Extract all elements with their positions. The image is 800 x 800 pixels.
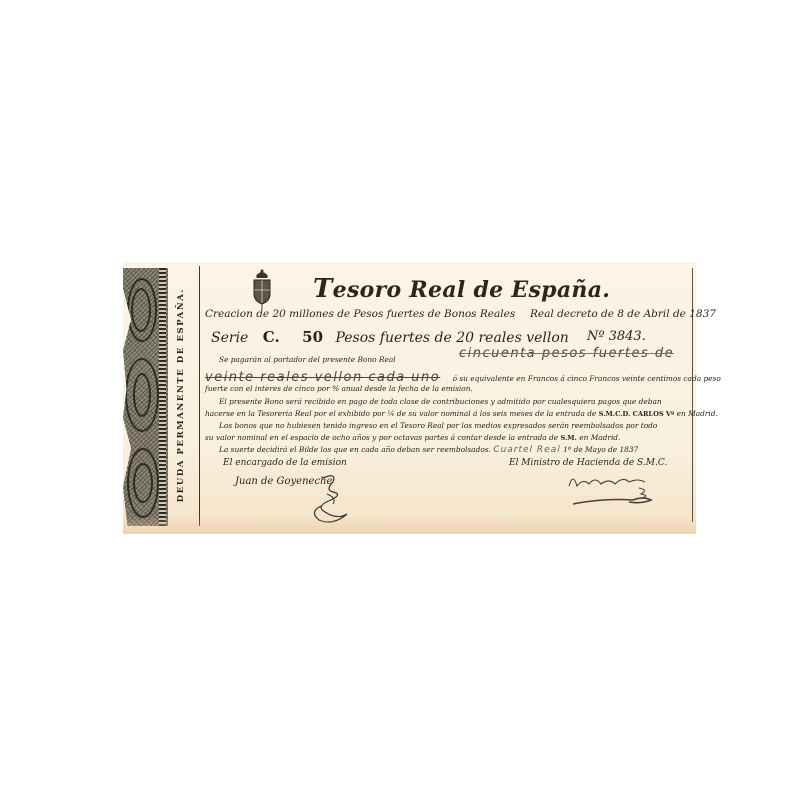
serie-line: Serie C. 50 Pesos fuertes de 20 reales v…	[211, 328, 569, 346]
minister-signature-icon	[563, 468, 663, 512]
stub-label: DEUDA PERMANENTE DE ESPAÑA.	[172, 272, 190, 518]
paragraph-3-text: su valor nominal en el espacio de ocho a…	[205, 433, 558, 442]
ornament-loop	[133, 463, 153, 503]
ornament-loop	[131, 288, 151, 332]
paragraph-2-end: en Madrid.	[677, 409, 718, 418]
paragraph-2-line-1: El presente Bono será recibido en pago d…	[219, 397, 662, 406]
paragraph-2-text: hacerse en la Tesoreria Real por el exhi…	[205, 409, 596, 418]
issuer-title: El encargado de la emision	[223, 458, 347, 468]
paragraph-3-line-2: su valor nominal en el espacio de ocho a…	[205, 433, 620, 442]
stub-vertical-text: DEUDA PERMANENTE DE ESPAÑA.	[176, 288, 186, 502]
handwritten-amount-2: veinte reales vellon cada uno	[205, 370, 440, 385]
coat-of-arms-icon	[250, 268, 274, 310]
issue-date: 1º de Mayo de 1837	[563, 445, 638, 454]
issuer-signature-flourish-icon	[303, 472, 363, 528]
payable-line: veinte reales vellon cada uno ó su equiv…	[205, 370, 721, 385]
amount-value: 50	[302, 328, 323, 346]
handwritten-place: Cuartel Real	[493, 445, 560, 455]
document-title: Tesoro Real de España.	[313, 274, 610, 304]
paragraph-4: La suerte decidirá el Bilde los que en c…	[219, 445, 638, 455]
paragraph-4-text: La suerte decidirá el Bilde los que en c…	[219, 445, 491, 454]
serie-value: C.	[263, 328, 280, 346]
ornament-loop	[133, 373, 151, 417]
bond-number: Nº 3843.	[587, 329, 646, 344]
amount-text: Pesos fuertes de 20 reales vellon	[335, 330, 568, 346]
handwritten-amount-1: cincuenta pesos fuertes de	[459, 346, 674, 361]
serie-label: Serie	[211, 330, 248, 346]
bond-document: DEUDA PERMANENTE DE ESPAÑA. Tesoro Real …	[123, 262, 696, 534]
paragraph-2-caps: S.M.C.D. CARLOS Vº	[599, 410, 675, 418]
issue-description: Creacion de 20 millones de Pesos fuertes…	[205, 308, 515, 320]
interest-line: fuerte con el interes de cinco por % anu…	[205, 384, 473, 393]
payable-intro: Se pagarán al portador del presente Bono…	[219, 355, 396, 364]
payable-continuation: ó su equivalente en Francos á cinco Fran…	[453, 374, 721, 383]
paragraph-3-end: en Madrid.	[579, 433, 620, 442]
royal-decree: Real decreto de 8 de Abril de 1837	[530, 308, 716, 320]
stub-divider	[199, 266, 200, 526]
ornament-frame	[159, 268, 166, 526]
minister-title: El Ministro de Hacienda de S.M.C.	[509, 458, 667, 468]
right-border	[692, 268, 693, 522]
paragraph-2-line-2: hacerse en la Tesoreria Real por el exhi…	[205, 409, 718, 418]
paragraph-3-line-1: Los bonos que no hubiesen tenido ingreso…	[219, 421, 657, 430]
engraved-stub	[123, 268, 168, 526]
paragraph-3-caps: S.M.	[560, 434, 576, 442]
